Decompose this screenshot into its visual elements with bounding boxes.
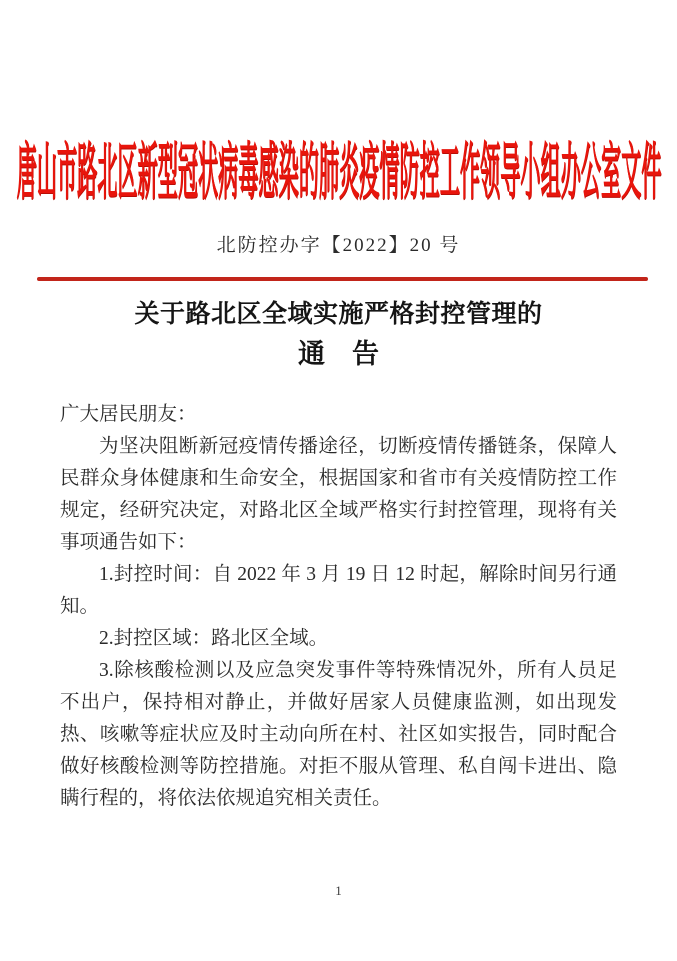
notice-body: 广大居民朋友： 为坚决阻断新冠疫情传播途径，切断疫情传播链条，保障人民群众身体健… <box>60 399 617 815</box>
paragraph-item-1: 1.封控时间：自 2022 年 3 月 19 日 12 时起，解除时间另行通知。 <box>60 559 617 623</box>
red-divider-line <box>37 277 648 281</box>
salutation: 广大居民朋友： <box>60 399 617 431</box>
page-number: 1 <box>0 883 677 899</box>
document-number: 北防控办字【2022】20 号 <box>0 230 677 257</box>
paragraph-item-3: 3.除核酸检测以及应急突发事件等特殊情况外，所有人员足不出户，保持相对静止，并做… <box>60 655 617 815</box>
notice-title-line1: 关于路北区全域实施严格封控管理的 <box>0 298 677 332</box>
letterhead-title: 唐山市路北区新型冠状病毒感染的肺炎疫情防控工作领导小组办公室文件 <box>16 136 661 210</box>
paragraph-intro: 为坚决阻断新冠疫情传播途径，切断疫情传播链条，保障人民群众身体健康和生命安全，根… <box>60 431 617 559</box>
notice-title-line2: 通 告 <box>0 334 677 374</box>
notice-title-block: 关于路北区全域实施严格封控管理的 通 告 <box>0 298 677 374</box>
paragraph-item-2: 2.封控区域：路北区全域。 <box>60 623 617 655</box>
document-page: 唐山市路北区新型冠状病毒感染的肺炎疫情防控工作领导小组办公室文件 北防控办字【2… <box>0 0 677 961</box>
